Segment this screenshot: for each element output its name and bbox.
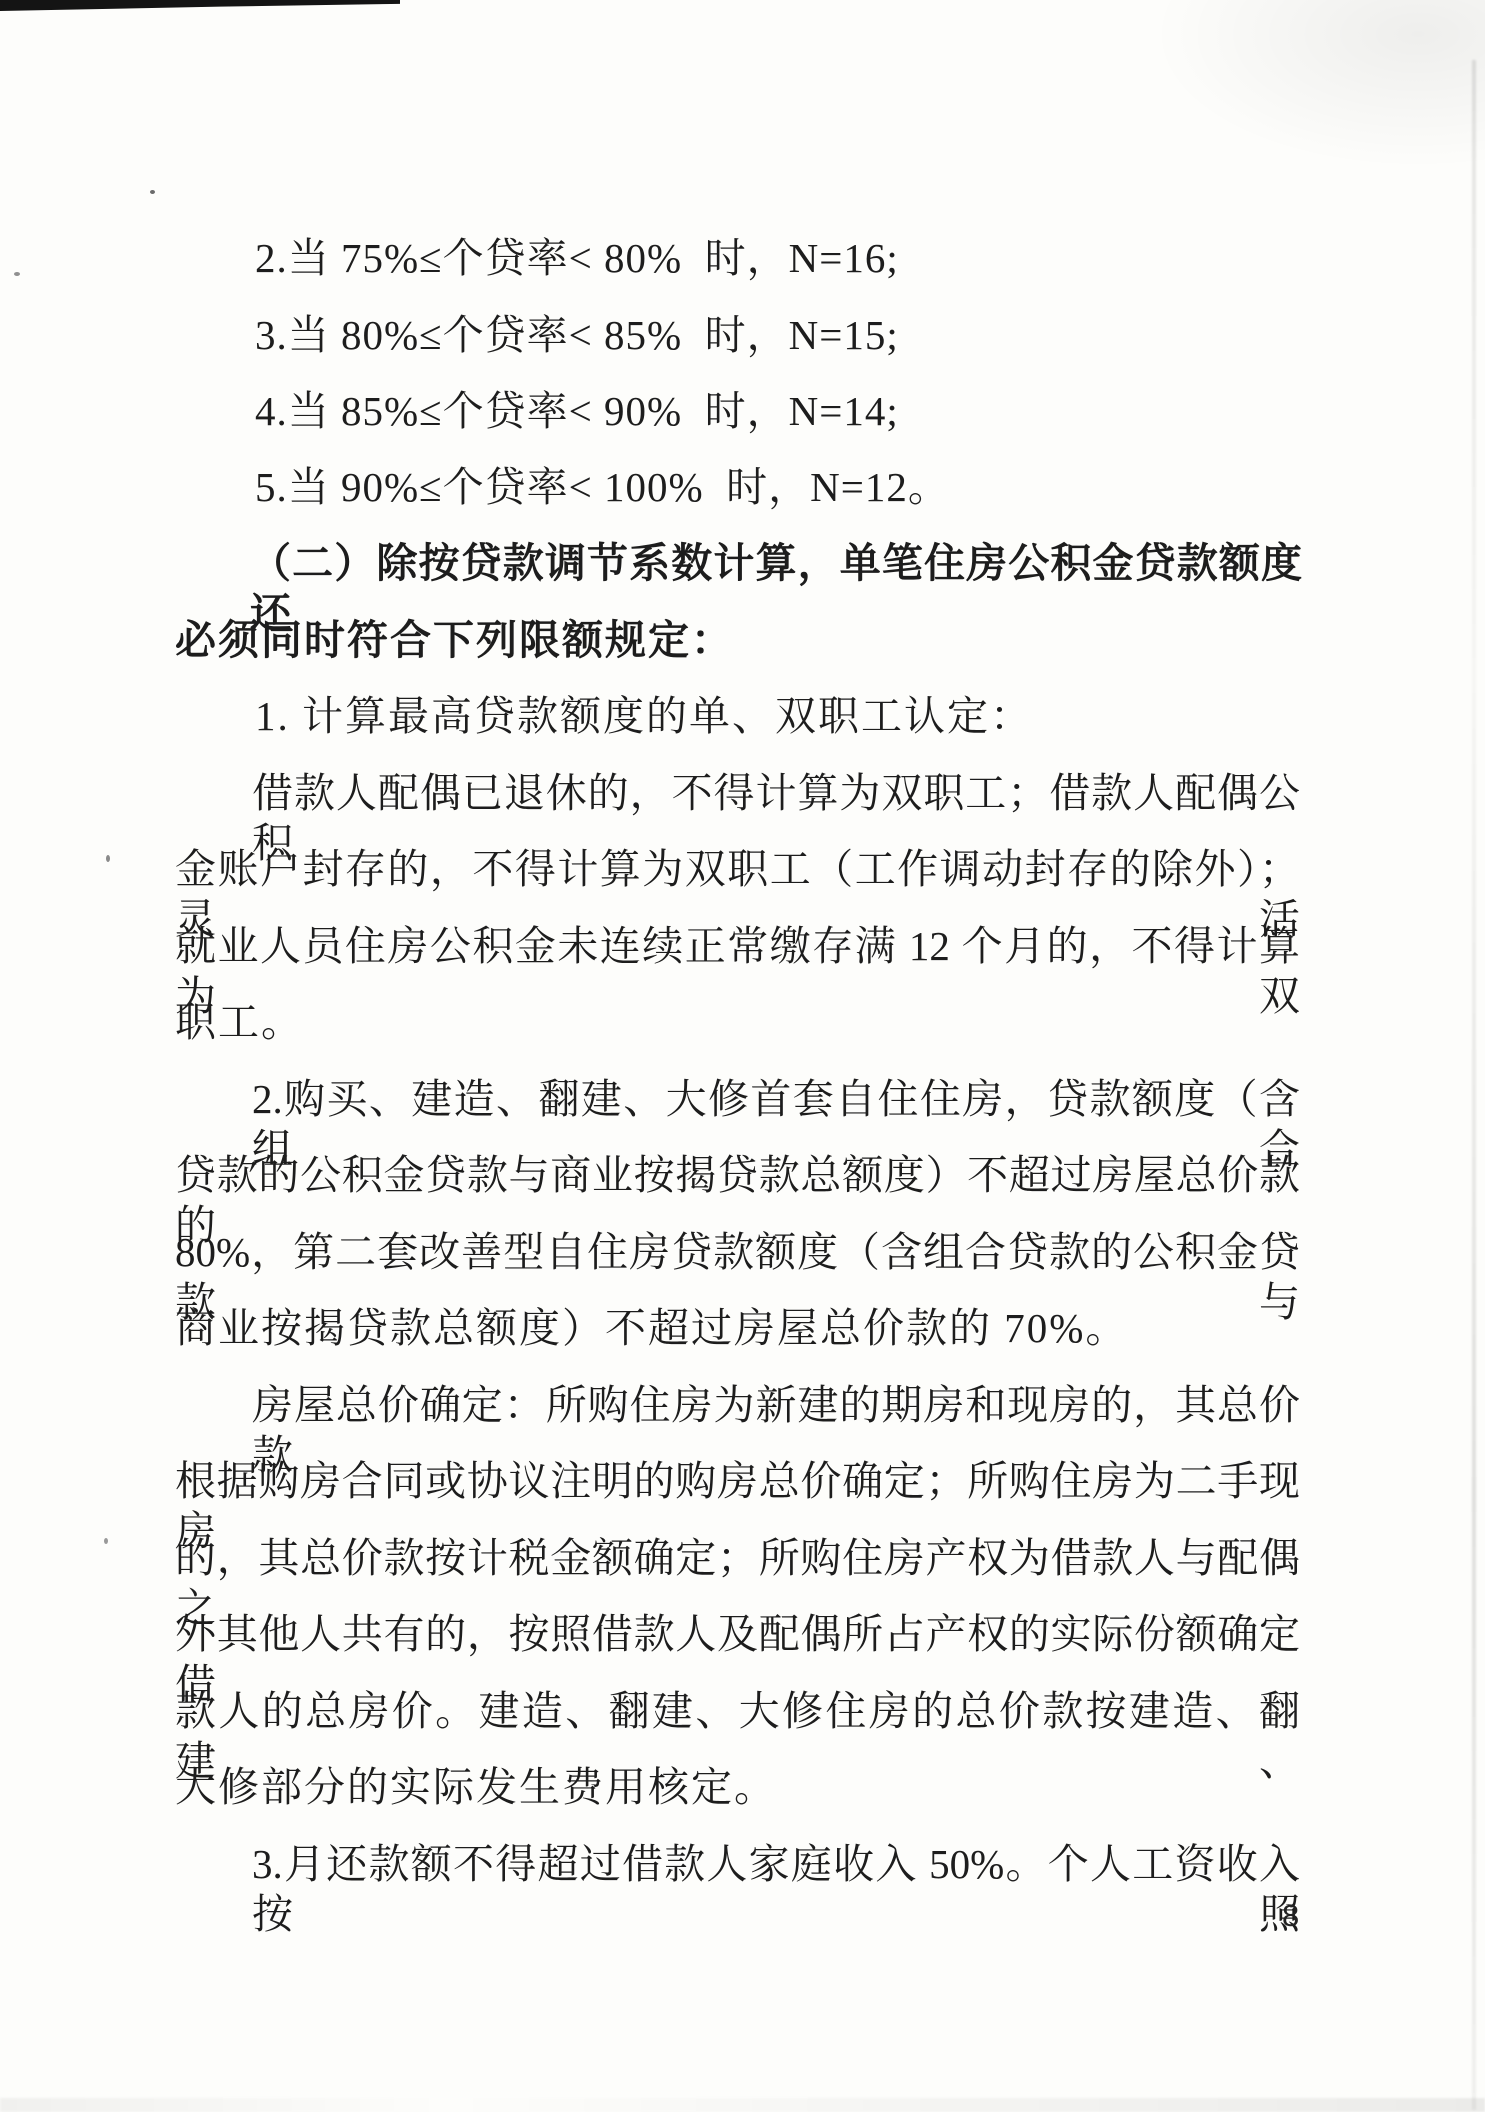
scan-speck xyxy=(150,190,155,194)
paragraph-1-line-3: 就业人员住房公积金未连续正常缴存满 12 个月的，不得计算为双 xyxy=(175,921,1300,1021)
page-number: 8 xyxy=(1282,1898,1299,1934)
rule-line-2: 2.当 75%≤个贷率< 80% 时，N=16; xyxy=(255,233,899,283)
rule-line-4: 4.当 85%≤个贷率< 90% 时，N=14; xyxy=(255,386,899,436)
paragraph-4-line-1: 3.月还款额不得超过借款人家庭收入 50%。个人工资收入按照 xyxy=(252,1839,1300,1939)
scan-speck xyxy=(14,272,20,276)
rule-line-5: 5.当 90%≤个贷率< 100% 时，N=12。 xyxy=(255,462,950,512)
paragraph-1-line-4: 职工。 xyxy=(175,997,304,1047)
scan-artifact-top-bar xyxy=(0,0,400,11)
list-item-1-title: 1. 计算最高贷款额度的单、双职工认定： xyxy=(255,691,1033,741)
scan-artifact-bottom-smudge xyxy=(0,2098,1485,2112)
paragraph-3-line-6: 大修部分的实际发生费用核定。 xyxy=(175,1762,777,1812)
paragraph-2-line-4: 商业按揭贷款总额度）不超过房屋总价款的 70%。 xyxy=(175,1303,1128,1353)
scan-speck xyxy=(104,1538,108,1544)
scan-speck xyxy=(106,855,110,862)
scan-artifact-top-right-noise xyxy=(1150,0,1485,170)
scan-artifact-right-streak xyxy=(1472,60,1476,2110)
document-page: 2.当 75%≤个贷率< 80% 时，N=16; 3.当 80%≤个贷率< 85… xyxy=(0,0,1485,2112)
section-heading-line-2: 必须同时符合下列限额规定： xyxy=(175,615,734,665)
rule-line-3: 3.当 80%≤个贷率< 85% 时，N=15; xyxy=(255,310,899,360)
